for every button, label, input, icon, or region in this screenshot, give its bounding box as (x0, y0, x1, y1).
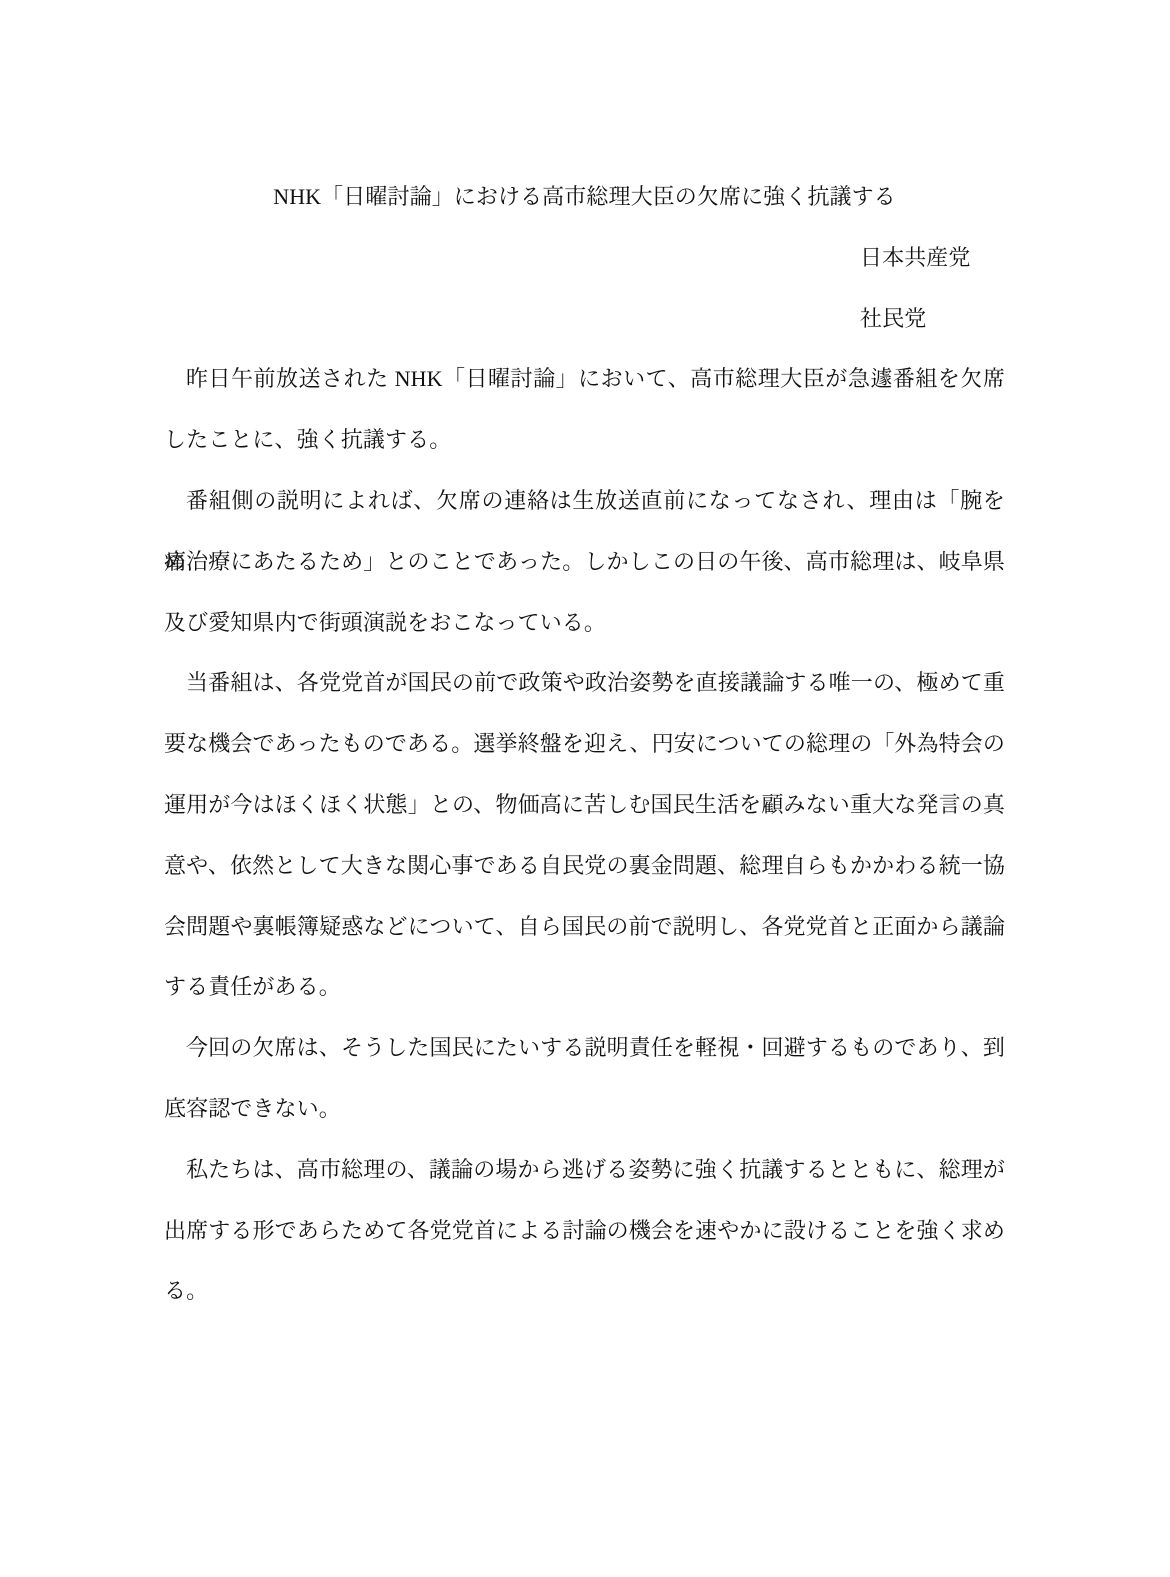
document-title: NHK「日曜討論」における高市総理大臣の欠席に強く抗議する (164, 167, 1005, 228)
p4-line-2: 底容認できない。 (164, 1079, 1005, 1140)
paragraph-1: 昨日午前放送された NHK「日曜討論」において、高市総理大臣が急遽番組を欠席 し… (164, 349, 1005, 471)
paragraph-4: 今回の欠席は、そうした国民にたいする説明責任を軽視・回避するものであり、到 底容… (164, 1018, 1005, 1140)
paragraph-3: 当番組は、各党党首が国民の前で政策や政治姿勢を直接議論する唯一の、極めて重 要な… (164, 653, 1005, 1018)
document-body: NHK「日曜討論」における高市総理大臣の欠席に強く抗議する 日本共産党 社民党 … (164, 167, 1005, 1322)
p2-line-1: 番組側の説明によれば、欠席の連絡は生放送直前になってなされ、理由は「腕を痛 (164, 471, 1005, 532)
p2-line-2: め治療にあたるため」とのことであった。しかしこの日の午後、高市総理は、岐阜県 (164, 532, 1005, 593)
p2-line-3: 及び愛知県内で街頭演説をおこなっている。 (164, 593, 1005, 654)
signatory-block: 日本共産党 社民党 (164, 228, 1005, 350)
p5-line-3: る。 (164, 1261, 1005, 1322)
paragraph-2: 番組側の説明によれば、欠席の連絡は生放送直前になってなされ、理由は「腕を痛 め治… (164, 471, 1005, 653)
p3-line-3: 運用が今はほくほく状態」との、物価高に苦しむ国民生活を顧みない重大な発言の真 (164, 775, 1005, 836)
paragraph-5: 私たちは、高市総理の、議論の場から逃げる姿勢に強く抗議するとともに、総理が 出席… (164, 1140, 1005, 1322)
p3-line-4: 意や、依然として大きな関心事である自民党の裏金問題、総理自らもかかわる統一協 (164, 836, 1005, 897)
p1-line-1: 昨日午前放送された NHK「日曜討論」において、高市総理大臣が急遽番組を欠席 (164, 349, 1005, 410)
p5-line-1: 私たちは、高市総理の、議論の場から逃げる姿勢に強く抗議するとともに、総理が (164, 1140, 1005, 1201)
p3-line-5: 会問題や裏帳簿疑惑などについて、自ら国民の前で説明し、各党党首と正面から議論 (164, 897, 1005, 958)
p3-line-6: する責任がある。 (164, 957, 1005, 1018)
p1-line-2: したことに、強く抗議する。 (164, 410, 1005, 471)
p3-line-1: 当番組は、各党党首が国民の前で政策や政治姿勢を直接議論する唯一の、極めて重 (164, 653, 1005, 714)
signatory-sdp: 社民党 (164, 289, 1005, 350)
p3-line-2: 要な機会であったものである。選挙終盤を迎え、円安についての総理の「外為特会の (164, 714, 1005, 775)
document-page: NHK「日曜討論」における高市総理大臣の欠席に強く抗議する 日本共産党 社民党 … (0, 0, 1170, 1577)
p5-line-2: 出席する形であらためて各党党首による討論の機会を速やかに設けることを強く求め (164, 1201, 1005, 1262)
signatory-jcp: 日本共産党 (164, 228, 1005, 289)
p4-line-1: 今回の欠席は、そうした国民にたいする説明責任を軽視・回避するものであり、到 (164, 1018, 1005, 1079)
